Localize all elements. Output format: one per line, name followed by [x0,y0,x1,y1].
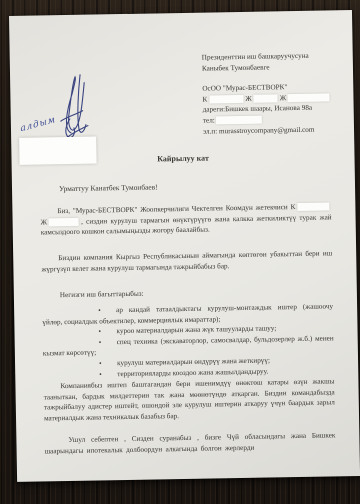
salutation: Урматтуу Канатбек Тумонбаев! [59,182,158,193]
paragraph-text: , сиздин курулуш тармагын өнүктүрүүгө жа… [41,213,332,237]
signature-scribble [40,71,93,144]
director-initial: К [202,95,207,103]
activity-list: •ар кандай татаалдыктагы курулуш-монтажд… [42,301,334,380]
email-line: эл.п: murasstroycompany@gmail.com [203,124,353,137]
list-item-text: территорияларды кооздоо жана жашылдандыр… [117,367,268,378]
phone-label: тел: [203,116,215,124]
list-item-text: курулуш материалдарын өндүрүү жана жетки… [117,356,270,367]
paragraph-request: Ушул себептен , Сизден суранабыз , бизге… [44,430,335,456]
photo-wood-background: Президенттин иш башкаруучусуна Каныбек Т… [0,0,360,504]
bullet-icon: • [99,358,117,369]
paragraph-text: Ж [41,218,48,226]
paragraph-experience: Компаниябыз иштеп баштагандан бери ишени… [43,376,335,424]
redaction-box [287,94,329,103]
director-initial: Ж [280,94,287,102]
redaction-box [254,94,278,102]
list-heading: Негизги иш багыттарыбыз: [60,290,144,299]
letter-document: Президенттин иш башкаруучусуна Каныбек Т… [9,10,360,482]
list-item-text: куроо материалдарын жана жүк ташууларды … [116,325,276,336]
redaction-box [297,203,329,212]
director-initial: Ж [245,95,252,103]
letterhead-block: Президенттин иш башкаруучусуна Каныбек Т… [202,50,353,137]
bullet-icon: • [98,305,116,316]
bullet-icon: • [99,369,117,380]
bullet-icon: • [98,326,116,337]
redaction-box [49,218,79,227]
redaction-box [209,95,243,104]
paragraph-intro: Биз, "Мурас-БЕСТВОРК" Жоопкерчилиги Чект… [40,201,332,238]
paragraph-company: Биздин компания Кыргыз Республикасынын а… [41,248,332,274]
bullet-icon: • [99,337,117,348]
redaction-box [216,116,262,125]
